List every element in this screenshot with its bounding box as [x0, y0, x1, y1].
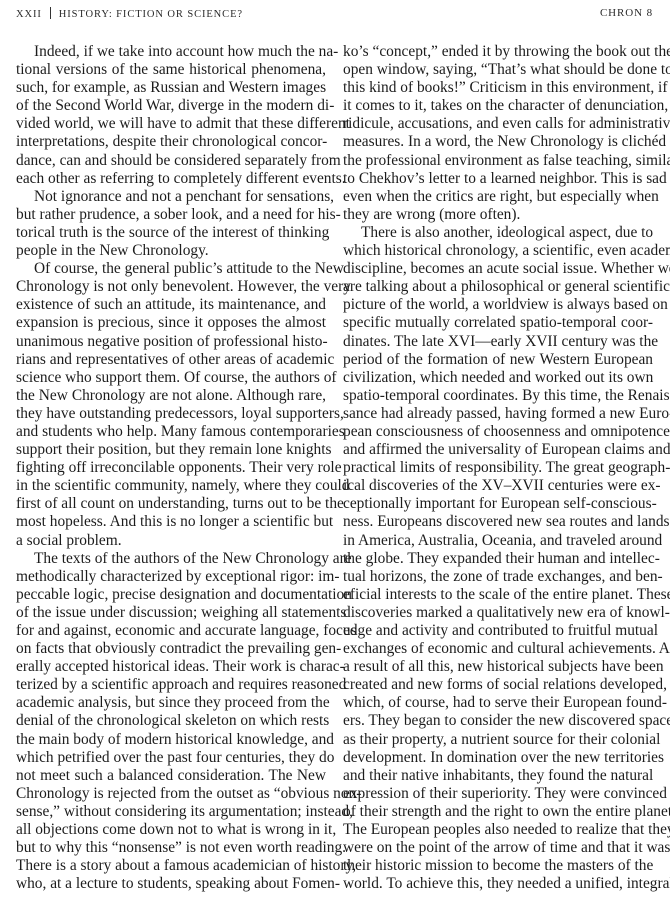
- text-line: dance, can and should be considered sepa…: [16, 152, 326, 170]
- text-line: There is a story about a famous academic…: [16, 857, 326, 875]
- text-line: practical limits of responsibility. The …: [343, 459, 653, 477]
- text-line: denial of the chronological skeleton on …: [16, 712, 326, 730]
- text-line: The texts of the authors of the New Chro…: [16, 550, 326, 568]
- text-line: which petrified over the past four centu…: [16, 749, 326, 767]
- text-line: There is also another, ideological aspec…: [343, 224, 653, 242]
- text-line: on facts that obviously contradict the p…: [16, 640, 326, 658]
- text-column-left: Indeed, if we take into account how much…: [16, 43, 326, 893]
- text-line: eficial interests to the scale of the en…: [343, 586, 653, 604]
- text-line: erally accepted historical ideas. Their …: [16, 658, 326, 676]
- text-line: a result of all this, new historical sub…: [343, 658, 653, 676]
- text-line: existence of such an attitude, its maint…: [16, 296, 326, 314]
- text-line: unanimous negative position of professio…: [16, 333, 326, 351]
- text-line: world. To achieve this, they needed a un…: [343, 875, 653, 893]
- text-line: they are wrong (more often).: [343, 206, 653, 224]
- text-line: but to why this “nonsense” is not even w…: [16, 839, 326, 857]
- text-line: who, at a lecture to students, speaking …: [16, 875, 326, 893]
- text-line: Chronology is rejected from the outset a…: [16, 785, 326, 803]
- text-line: not meet such a balanced consideration. …: [16, 767, 326, 785]
- text-line: are talking about a philosophical or gen…: [343, 278, 653, 296]
- running-head-divider: [50, 7, 51, 19]
- text-line: ceptionally important for European self-…: [343, 495, 653, 513]
- text-line: sense,” without considering its argument…: [16, 803, 326, 821]
- text-line: fighting off irreconcilable opponents. T…: [16, 459, 326, 477]
- text-line: of the issue under discussion; weighing …: [16, 604, 326, 622]
- book-title: HISTORY: FICTION OR SCIENCE?: [59, 9, 243, 20]
- text-line: all objections come down not to what is …: [16, 821, 326, 839]
- text-line: Of course, the general public’s attitude…: [16, 260, 326, 278]
- text-line: ical discoveries of the XV–XVII centurie…: [343, 477, 653, 495]
- text-line: peccable logic, precise designation and …: [16, 586, 326, 604]
- text-line: dinates. The late XVI—early XVII century…: [343, 333, 653, 351]
- text-line: Chronology is not only benevolent. Howev…: [16, 278, 326, 296]
- text-line: interpretations, despite their chronolog…: [16, 133, 326, 151]
- text-line: expansion is precious, since it opposes …: [16, 314, 326, 332]
- text-line: rians and representatives of other areas…: [16, 351, 326, 369]
- text-line: academic analysis, but since they procee…: [16, 694, 326, 712]
- text-line: edge and activity and contributed to fru…: [343, 622, 653, 640]
- text-line: tual horizons, the zone of trade exchang…: [343, 568, 653, 586]
- text-line: a social problem.: [16, 532, 326, 550]
- text-column-right: ko’s “concept,” ended it by throwing the…: [343, 43, 653, 893]
- text-line: were on the point of the arrow of time a…: [343, 839, 653, 857]
- text-line: The European peoples also needed to real…: [343, 821, 653, 839]
- text-line: of the Second World War, diverge in the …: [16, 97, 326, 115]
- text-line: which, of course, had to serve their Eur…: [343, 694, 653, 712]
- text-line: and students who help. Many famous conte…: [16, 423, 326, 441]
- text-line: to Chekhov’s letter to a learned neighbo…: [343, 170, 653, 188]
- section-label: CHRON 8: [600, 7, 653, 19]
- text-line: support their position, but they remain …: [16, 441, 326, 459]
- text-line: most hopeless. And this is no longer a s…: [16, 513, 326, 531]
- text-line: the main body of modern historical knowl…: [16, 731, 326, 749]
- text-line: Indeed, if we take into account how much…: [16, 43, 326, 61]
- text-line: Not ignorance and not a penchant for sen…: [16, 188, 326, 206]
- text-line: the professional environment as false te…: [343, 152, 653, 170]
- page-number: XXII: [16, 9, 42, 20]
- text-line: such, for example, as Russian and Wester…: [16, 79, 326, 97]
- text-line: people in the New Chronology.: [16, 242, 326, 260]
- text-line: as their property, a nutrient source for…: [343, 731, 653, 749]
- text-line: and their native inhabitants, they found…: [343, 767, 653, 785]
- text-line: this kind of books!” Criticism in this e…: [343, 79, 653, 97]
- text-line: each other as referring to completely di…: [16, 170, 326, 188]
- text-line: ridicule, accusations, and even calls fo…: [343, 115, 653, 133]
- text-line: of their strength and the right to own t…: [343, 803, 653, 821]
- text-line: spatio-temporal coordinates. By this tim…: [343, 387, 653, 405]
- text-line: discoveries marked a qualitatively new e…: [343, 604, 653, 622]
- text-line: period of the formation of new Western E…: [343, 351, 653, 369]
- text-line: ko’s “concept,” ended it by throwing the…: [343, 43, 653, 61]
- text-line: which historical chronology, a scientifi…: [343, 242, 653, 260]
- text-line: it comes to it, takes on the character o…: [343, 97, 653, 115]
- text-line: science who support them. Of course, the…: [16, 369, 326, 387]
- text-line: expression of their superiority. They we…: [343, 785, 653, 803]
- text-line: and affirmed the universality of Europea…: [343, 441, 653, 459]
- text-line: terized by a scientific approach and req…: [16, 676, 326, 694]
- text-line: in America, Australia, Oceania, and trav…: [343, 532, 653, 550]
- text-line: open window, saying, “That’s what should…: [343, 61, 653, 79]
- text-line: the New Chronology are not alone. Althou…: [16, 387, 326, 405]
- text-line: methodically characterized by exceptiona…: [16, 568, 326, 586]
- text-line: picture of the world, a worldview is alw…: [343, 296, 653, 314]
- text-line: vided world, we will have to admit that …: [16, 115, 326, 133]
- text-line: exchanges of economic and cultural achie…: [343, 640, 653, 658]
- text-line: sance had already passed, having formed …: [343, 405, 653, 423]
- text-line: in the scientific community, namely, whe…: [16, 477, 326, 495]
- text-line: civilization, which needed and worked ou…: [343, 369, 653, 387]
- text-line: but rather prudence, a sober look, and a…: [16, 206, 326, 224]
- text-line: ers. They began to consider the new disc…: [343, 712, 653, 730]
- text-line: even when the critics are right, but esp…: [343, 188, 653, 206]
- running-head-left: XXIIHISTORY: FICTION OR SCIENCE?: [16, 7, 243, 20]
- text-line: first of all count on understanding, tur…: [16, 495, 326, 513]
- text-line: development. In domination over the new …: [343, 749, 653, 767]
- text-line: specific mutually correlated spatio-temp…: [343, 314, 653, 332]
- text-line: created and new forms of social relation…: [343, 676, 653, 694]
- text-line: measures. In a word, the New Chronology …: [343, 133, 653, 151]
- text-line: torical truth is the source of the inter…: [16, 224, 326, 242]
- text-line: for and against, economic and accurate l…: [16, 622, 326, 640]
- text-line: pean consciousness of choosenness and om…: [343, 423, 653, 441]
- text-line: the globe. They expanded their human and…: [343, 550, 653, 568]
- running-head: XXIIHISTORY: FICTION OR SCIENCE? CHRON 8: [16, 7, 653, 23]
- text-line: their historic mission to become the mas…: [343, 857, 653, 875]
- text-line: ness. Europeans discovered new sea route…: [343, 513, 653, 531]
- text-line: tional versions of the same historical p…: [16, 61, 326, 79]
- text-line: they have outstanding predecessors, loya…: [16, 405, 326, 423]
- text-line: discipline, becomes an acute social issu…: [343, 260, 653, 278]
